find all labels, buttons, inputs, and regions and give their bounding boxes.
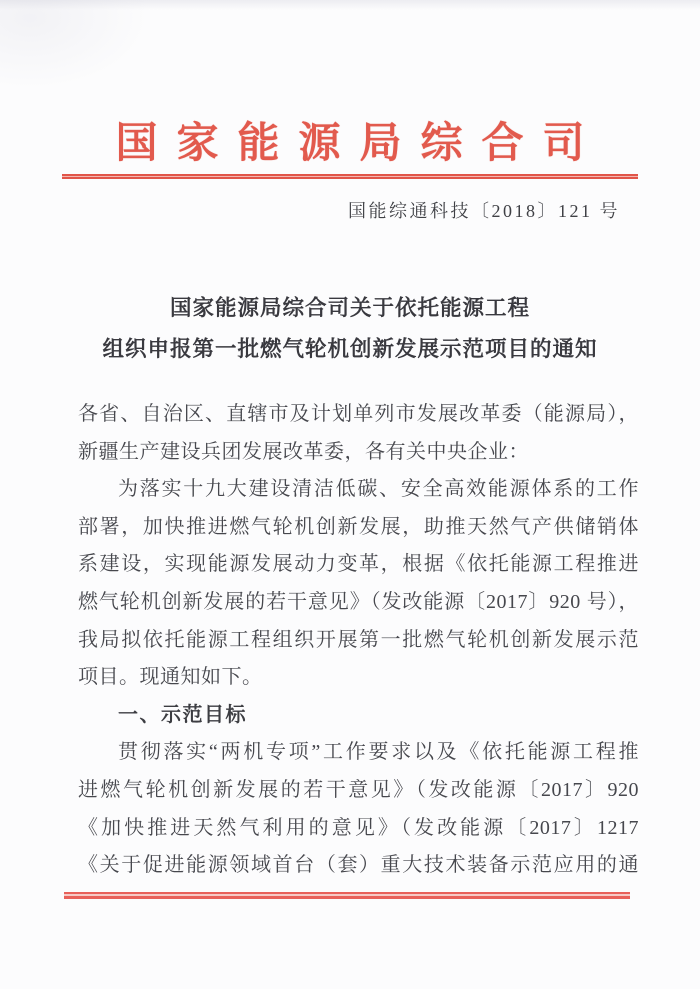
- document-body: 各省、自治区、直辖市及计划单列市发展改革委（能源局）， 新疆生产建设兵团发展改革…: [78, 396, 639, 885]
- document-line: 燃气轮机创新发展的若干意见》（发改能源〔2017〕920 号），: [78, 584, 639, 622]
- notice-title-line2: 组织申报第一批燃气轮机创新发展示范项目的通知: [0, 329, 700, 370]
- document-line: 《关于促进能源领域首台（套）重大技术装备示范应用的通: [78, 847, 639, 885]
- document-line: 项目。现通知如下。: [78, 659, 639, 697]
- document-line: 系建设，实现能源发展动力变革，根据《依托能源工程推进: [78, 546, 639, 584]
- masthead-red-rule: [62, 174, 638, 179]
- document-line: 贯彻落实“两机专项”工作要求以及《依托能源工程推: [78, 734, 639, 772]
- document-number: 国能综通科技〔2018〕121 号: [348, 197, 620, 223]
- document-line: 进燃气轮机创新发展的若干意见》（发改能源〔2017〕920 号）、: [78, 772, 639, 810]
- notice-title: 国家能源局综合司关于依托能源工程 组织申报第一批燃气轮机创新发展示范项目的通知: [0, 288, 700, 370]
- document-line: 各省、自治区、直辖市及计划单列市发展改革委（能源局），: [78, 396, 639, 434]
- document-line: 《加快推进天然气利用的意见》（发改能源〔2017〕1217 号）、: [78, 810, 639, 848]
- document-line: 新疆生产建设兵团发展改革委，各有关中央企业：: [78, 434, 639, 472]
- section-heading: 一、示范目标: [78, 697, 639, 735]
- document-line: 为落实十九大建设清洁低碳、安全高效能源体系的工作: [78, 471, 639, 509]
- document-line: 部署，加快推进燃气轮机创新发展，助推天然气产供储销体: [78, 509, 639, 547]
- footer-red-rule: [64, 892, 630, 899]
- document-line: 我局拟依托能源工程组织开展第一批燃气轮机创新发展示范: [78, 622, 639, 660]
- scanned-document-page: 国家能源局综合司 国能综通科技〔2018〕121 号 国家能源局综合司关于依托能…: [0, 0, 700, 989]
- agency-masthead-title: 国家能源局综合司: [0, 110, 700, 170]
- scan-artifact-corner: [0, 0, 150, 90]
- notice-title-line1: 国家能源局综合司关于依托能源工程: [0, 288, 700, 329]
